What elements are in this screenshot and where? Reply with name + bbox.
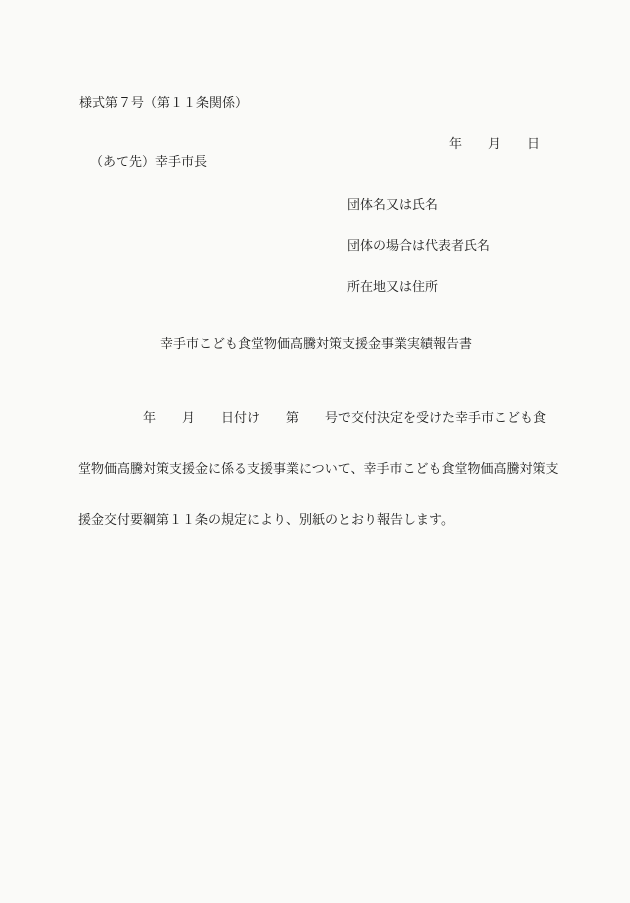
document-page: 様式第７号（第１１条関係） 年 月 日 （あて先）幸手市長 団体名又は氏名 団体… [0, 0, 630, 903]
form-number: 様式第７号（第１１条関係） [79, 96, 248, 111]
field-organization-or-person-name: 団体名又は氏名 [347, 198, 438, 213]
body-paragraph: 年 月 日付け 第 号で交付決定を受けた幸手市こども食 堂物価高騰対策支援金に係… [78, 377, 568, 560]
addressee-line: （あて先）幸手市長 [90, 155, 207, 170]
field-location-or-address: 所在地又は住所 [347, 280, 438, 295]
body-line-1: 年 月 日付け 第 号で交付決定を受けた幸手市こども食 [78, 407, 568, 428]
field-representative-name: 団体の場合は代表者氏名 [347, 239, 490, 254]
document-title: 幸手市こども食堂物価高騰対策支援金事業実績報告書 [78, 337, 554, 352]
body-line-3: 援金交付要綱第１１条の規定により、別紙のとおり報告します。 [78, 509, 568, 530]
body-line-2: 堂物価高騰対策支援金に係る支援事業について、幸手市こども食堂物価高騰対策支 [78, 458, 568, 479]
date-line: 年 月 日 [449, 137, 540, 152]
